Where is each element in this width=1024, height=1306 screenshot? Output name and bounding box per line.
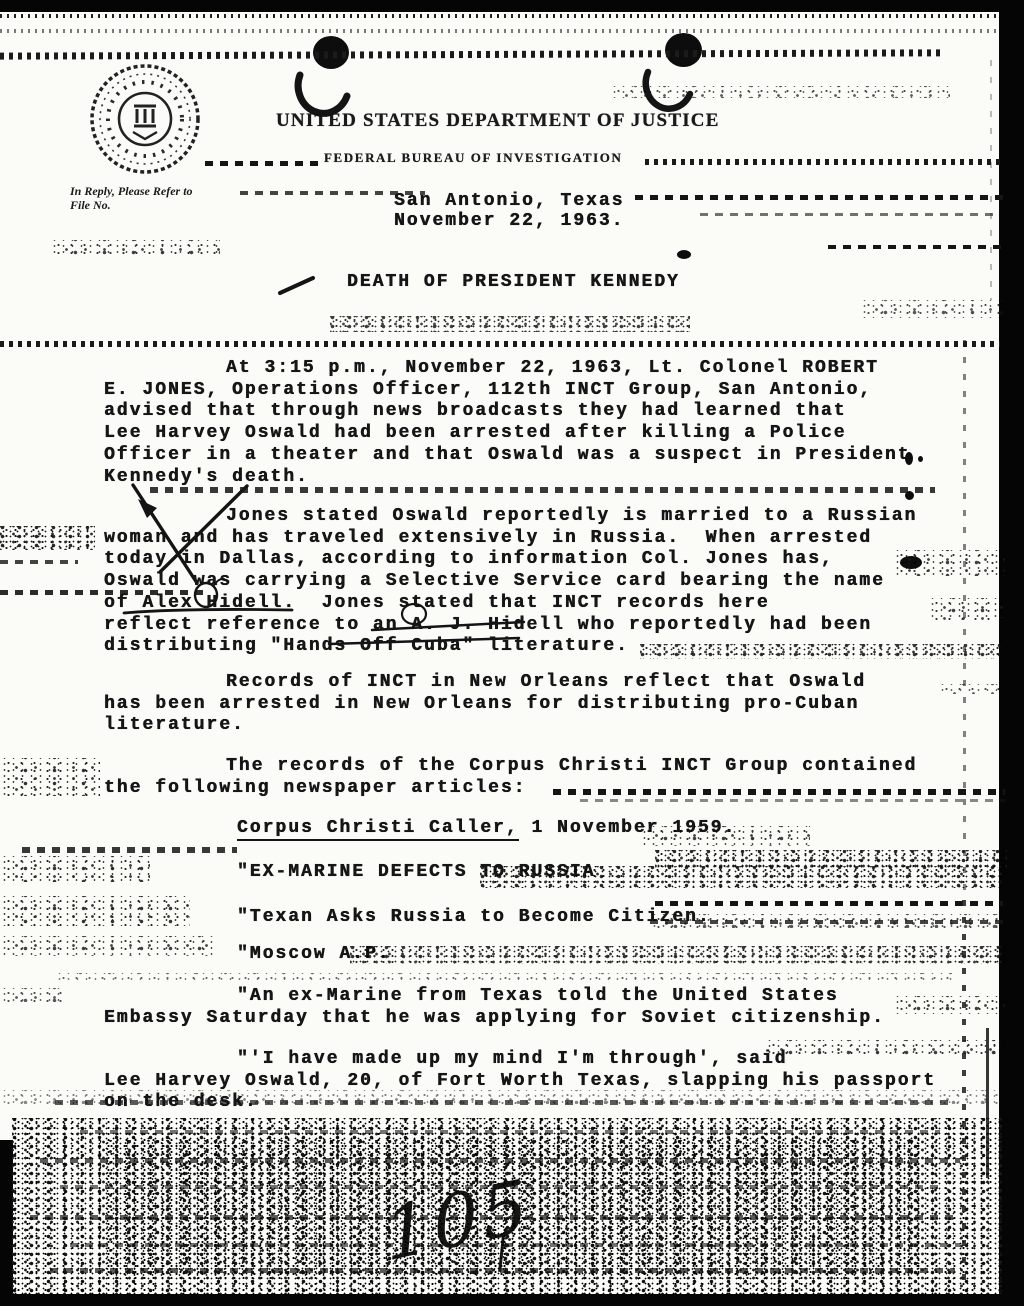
scan-noise [650, 914, 1005, 928]
doc-line: today in Dallas, according to informatio… [104, 549, 944, 571]
scan-noise-vertical [962, 900, 966, 1290]
fastener-hook-left-icon [298, 75, 347, 113]
doc-line: Embassy Saturday that he was applying fo… [104, 1008, 944, 1030]
doc-line: "An ex-Marine from Texas told the United… [104, 986, 944, 1008]
dateline: San Antonio, Texas November 22, 1963. [394, 192, 624, 231]
scan-noise [55, 973, 955, 981]
doc-line: Lee Harvey Oswald had been arrested afte… [104, 423, 944, 445]
doc-line: Officer in a theater and that Oswald was… [104, 445, 944, 467]
scan-noise [905, 491, 914, 500]
scan-noise [640, 644, 1003, 659]
scan-noise [240, 191, 425, 195]
in-reply-line1: In Reply, Please Refer to [70, 184, 193, 198]
doc-line: Jones stated Oswald reportedly is marrie… [104, 506, 944, 528]
article-source-name: Corpus Christi Caller, [237, 818, 519, 841]
scan-noise [40, 1158, 960, 1163]
scan-noise [80, 1130, 940, 1134]
scan-noise [635, 195, 1003, 200]
scan-noise [765, 1040, 1005, 1056]
in-reply-note: In Reply, Please Refer to File No. [70, 184, 193, 212]
dateline-date: November 22, 1963. [394, 212, 624, 232]
scan-noise [330, 316, 690, 332]
scan-edge-top [0, 0, 1024, 12]
doc-line: Oswald was carrying a Selective Service … [104, 571, 944, 593]
scan-noise [55, 1100, 950, 1105]
scan-noise [50, 240, 220, 256]
scan-noise [918, 456, 923, 462]
scan-noise [0, 590, 205, 595]
scanned-fbi-memo-page: UNITED STATES DEPARTMENT OF JUSTICE FEDE… [0, 0, 1024, 1306]
scan-line-mark [986, 1028, 989, 1178]
article-source-line: Corpus Christi Caller, 1 November 1959. [104, 818, 944, 840]
scan-noise [640, 826, 810, 846]
scan-noise [0, 560, 78, 564]
bureau-title: FEDERAL BUREAU OF INVESTIGATION [324, 150, 622, 166]
scan-noise-vertical [990, 60, 992, 300]
scan-noise [350, 946, 1005, 964]
scan-noise [893, 996, 1005, 1014]
scan-noise [0, 758, 100, 796]
scan-noise [0, 29, 1000, 33]
doc-line: Records of INCT in New Orleans reflect t… [104, 672, 944, 694]
scan-noise [860, 300, 1005, 318]
doc-line: of Alex Hidell. Jones stated that INCT r… [104, 593, 944, 615]
scan-noise [70, 1243, 960, 1247]
scan-noise [828, 245, 1003, 249]
document-title: DEATH OF PRESIDENT KENNEDY [347, 272, 680, 292]
paragraph-2: Jones stated Oswald reportedly is marrie… [104, 506, 944, 658]
in-reply-line2: File No. [70, 198, 193, 212]
fbi-doj-seal-icon [88, 62, 202, 176]
scan-noise [0, 526, 95, 550]
scan-noise [480, 866, 1005, 888]
scan-noise [0, 936, 215, 956]
scan-noise [580, 799, 1005, 802]
scan-noise [205, 161, 325, 166]
scan-noise [22, 847, 237, 853]
scan-noise [0, 896, 190, 926]
doc-line: Kennedy's death. [104, 467, 944, 489]
doc-line: Corpus Christi Caller, 1 November 1959. [104, 818, 944, 840]
department-title: UNITED STATES DEPARTMENT OF JUSTICE [276, 110, 720, 132]
scan-noise [645, 159, 1003, 165]
scan-noise [700, 213, 1000, 216]
doc-line: literature. [104, 715, 944, 737]
doc-line: advised that through news broadcasts the… [104, 401, 944, 423]
scan-noise [677, 250, 691, 259]
scan-noise [905, 452, 913, 465]
doc-line: reflect reference to an A. J. Hidell who… [104, 615, 944, 637]
doc-line: At 3:15 p.m., November 22, 1963, Lt. Col… [104, 358, 944, 380]
scan-noise [893, 550, 1005, 576]
doc-line: woman and has traveled extensively in Ru… [104, 528, 944, 550]
doc-line: has been arrested in New Orleans for dis… [104, 694, 944, 716]
scan-noise [50, 1268, 955, 1273]
article-quote-1: "An ex-Marine from Texas told the United… [104, 986, 944, 1029]
paragraph-1: At 3:15 p.m., November 22, 1963, Lt. Col… [104, 358, 944, 488]
scan-noise [150, 487, 935, 493]
scan-noise [0, 856, 150, 882]
paragraph-3: Records of INCT in New Orleans reflect t… [104, 672, 944, 737]
doc-line: E. JONES, Operations Officer, 112th INCT… [104, 380, 944, 402]
doc-line: The records of the Corpus Christi INCT G… [104, 756, 944, 778]
scan-noise-vertical [963, 340, 966, 900]
scan-noise [938, 684, 1000, 694]
scan-noise [0, 49, 945, 59]
scan-noise [655, 901, 1003, 906]
scan-noise [553, 789, 1005, 795]
dateline-city: San Antonio, Texas [394, 192, 624, 212]
scan-noise [610, 86, 950, 98]
scan-noise [30, 1215, 960, 1220]
scan-noise [0, 14, 1000, 18]
scan-noise [0, 988, 65, 1002]
scan-noise [0, 341, 1000, 347]
title-slash-mark [280, 278, 313, 293]
scan-edge-bottom [0, 1294, 1024, 1306]
scan-noise [60, 1185, 940, 1189]
